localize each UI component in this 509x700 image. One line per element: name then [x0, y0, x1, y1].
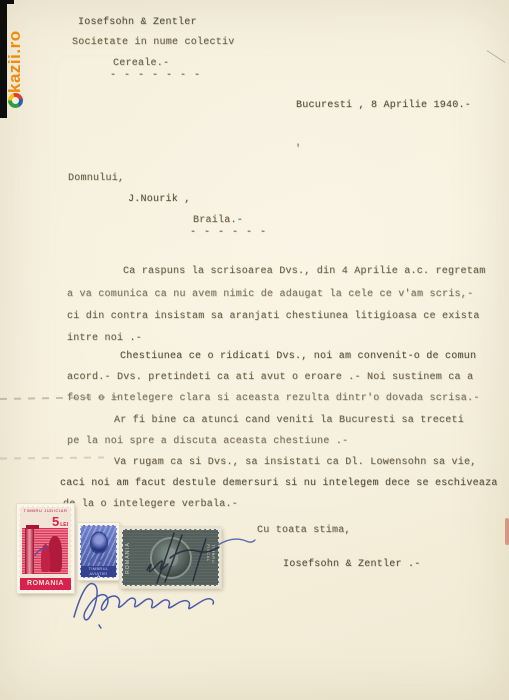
stamp-judicial-5lei: TIMBRU JUDICIAR 5LEI ROMANIA	[17, 504, 74, 593]
company-name: Iosefsohn & Zentler	[78, 17, 197, 29]
typed-signature: Iosefsohn & Zentler .-	[283, 559, 421, 571]
dateline: Bucuresti , 8 Aprilie 1940.-	[296, 100, 471, 112]
scanned-letter-page: kazii.ro Iosefsohn & Zentler Societate i…	[0, 0, 509, 700]
figure-illustration	[48, 536, 62, 572]
okazii-logo-hole	[13, 97, 20, 104]
watermark-text: kazii.ro	[5, 30, 25, 93]
body-line: ci din contra insistam sa aranjati chest…	[67, 311, 480, 323]
typed-underline: - - - - - - -	[110, 70, 201, 82]
body-line: de la o intelegere verbala.-	[63, 499, 238, 511]
recipient-name: J.Nourik ,	[128, 194, 191, 206]
edge-smudge	[505, 518, 509, 545]
stamp-aviation-2lei: TIMBRUL AVIATIEI 2	[78, 523, 119, 580]
stamp-judicial-design: TIMBRU JUDICIAR 5LEI ROMANIA	[19, 506, 72, 591]
stamp-aviation-value: 2	[81, 576, 116, 578]
watermark-okazii: kazii.ro	[5, 8, 25, 108]
stamp-fiscal-label: TIMBRU FISCAL	[206, 544, 216, 572]
recipient-salutation: Domnului,	[68, 173, 124, 185]
stamp-aviation-design: TIMBRUL AVIATIEI 2	[80, 525, 117, 578]
company-subtitle: Societate in nume colectiv	[72, 37, 235, 49]
stamp-judicial-country: ROMANIA	[20, 578, 71, 590]
stamp-fiscal-design: ROMANIA TIMBRU FISCAL	[122, 529, 219, 586]
company-trade: Cereale.-	[113, 58, 169, 70]
stamp-aviation-band: TIMBRUL AVIATIEI 2	[81, 566, 116, 577]
body-line: Ca raspuns la scrisoarea Dvs., din 4 Apr…	[123, 266, 486, 278]
body-line: Chestiunea ce o ridicati Dvs., noi am co…	[120, 351, 476, 363]
okazii-logo-icon	[9, 93, 24, 108]
stamp-aviation-label: TIMBRUL AVIATIEI	[81, 566, 116, 576]
scan-edge-corner	[0, 0, 14, 4]
body-line: pe la noi spre a discuta aceasta chestiu…	[67, 436, 348, 448]
recipient-city: Braila.-	[193, 215, 243, 227]
body-line: caci noi am facut destule demersuri si n…	[60, 478, 498, 490]
body-line: Va rugam ca si Dvs., sa insistati ca Dl.…	[114, 457, 477, 469]
body-line: fost o intelegere clara si aceasta rezul…	[67, 393, 480, 405]
body-line: a va comunica ca nu avem nimic de adauga…	[67, 289, 473, 301]
body-line: Ar fi bine ca atunci cand veniti la Bucu…	[114, 415, 464, 427]
pilot-portrait	[91, 533, 106, 552]
corner-crease	[487, 50, 506, 63]
figure-illustration	[41, 544, 50, 572]
column-illustration	[25, 528, 34, 574]
body-line: acord.- Dvs. pretindeti ca ati avut o er…	[67, 372, 473, 384]
profile-portrait	[165, 548, 178, 566]
fold-crease	[0, 456, 104, 459]
stamp-fiscal-country: ROMANIA	[125, 542, 131, 574]
body-line: intre noi .-	[67, 333, 142, 345]
stamp-judicial-art	[22, 528, 68, 574]
typed-underline: - - - - - -	[190, 227, 267, 239]
handwritten-signature	[74, 583, 213, 628]
stamp-fiscal: ROMANIA TIMBRU FISCAL	[120, 527, 221, 588]
stray-typed-mark: '	[295, 144, 301, 156]
stamp-fiscal-medallion	[150, 537, 192, 579]
closing-salute: Cu toata stima,	[257, 525, 351, 537]
